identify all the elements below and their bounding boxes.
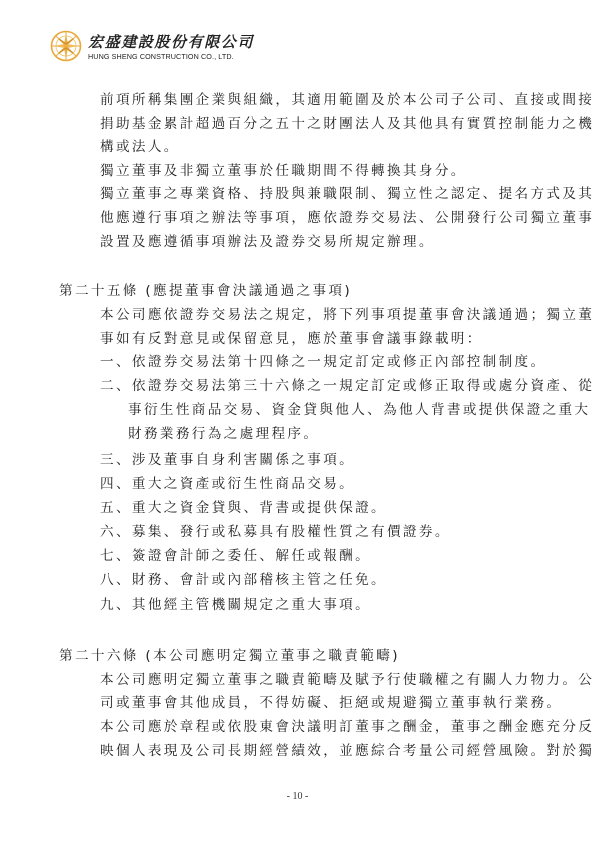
list-item-5: 五、重大之資金貸與、背書或提供保證。 <box>100 499 387 517</box>
paragraph-line: 前項所稱集團企業與組織，其適用範圍及於本公司子公司、直接或間接 <box>100 91 594 109</box>
paragraph-line: 設置及應遵循事項辦法及證券交易所規定辦理。 <box>100 233 435 251</box>
list-item-7: 七、簽證會計師之委任、解任或報酬。 <box>100 547 371 565</box>
paragraph-line: 司或董事會其他成員，不得妨礙、拒絕或規避獨立董事執行業務。 <box>100 694 562 712</box>
paragraph-line: 獨立董事及非獨立董事於任職期間不得轉換其身分。 <box>100 162 467 180</box>
list-item-6: 六、募集、發行或私募具有股權性質之有價證券。 <box>100 523 451 541</box>
company-name-english: HUNG SHENG CONSTRUCTION CO., LTD. <box>88 52 234 61</box>
paragraph-line: 他應遵行事項之辦法等事項，應依證券交易法、公開發行公司獨立董事 <box>100 209 594 227</box>
article-26-heading: 第二十六條 (本公司應明定獨立董事之職責範疇) <box>59 647 400 665</box>
list-item-2: 二、依證券交易法第三十六條之一規定訂定或修正取得或處分資產、從 <box>100 377 594 395</box>
compass-rose-logo-icon <box>50 30 82 62</box>
paragraph-line: 映個人表現及公司長期經營績效，並應綜合考量公司經營風險。對於獨 <box>100 742 594 760</box>
list-item-2-continuation: 財務業務行為之處理程序。 <box>128 425 319 443</box>
article-25-intro-line: 本公司應依證券交易法之規定，將下列事項提董事會決議通過；獨立董 <box>100 306 594 324</box>
paragraph-line: 獨立董事之專業資格、持股與兼職限制、獨立性之認定、提名方式及其 <box>100 185 594 203</box>
list-item-3: 三、涉及董事自身利害關係之事項。 <box>100 451 355 469</box>
list-item-8: 八、財務、會計或內部稽核主管之任免。 <box>100 571 387 589</box>
page-number: - 10 - <box>0 791 595 802</box>
list-item-1: 一、依證券交易法第十四條之一規定訂定或修正內部控制制度。 <box>100 353 546 371</box>
paragraph-line: 本公司應明定獨立董事之職責範疇及賦予行使職權之有關人力物力。公 <box>100 671 594 689</box>
company-name-chinese: 宏盛建設股份有限公司 <box>88 31 254 52</box>
list-item-4: 四、重大之資產或衍生性商品交易。 <box>100 475 355 493</box>
list-item-9: 九、其他經主管機關規定之重大事項。 <box>100 596 371 614</box>
paragraph-line: 構或法人。 <box>100 138 180 156</box>
paragraph-line: 本公司應於章程或依股東會決議明訂董事之酬金，董事之酬金應充分反 <box>100 718 594 736</box>
article-25-intro-line: 事如有反對意見或保留意見，應於董事會議事錄載明： <box>100 330 483 348</box>
article-25-heading: 第二十五條 (應提董事會決議通過之事項) <box>59 282 352 300</box>
paragraph-line: 捐助基金累計超過百分之五十之財團法人及其他具有實質控制能力之機 <box>100 115 594 133</box>
list-item-2-continuation: 事衍生性商品交易、資金貸與他人、為他人背書或提供保證之重大 <box>128 401 590 419</box>
